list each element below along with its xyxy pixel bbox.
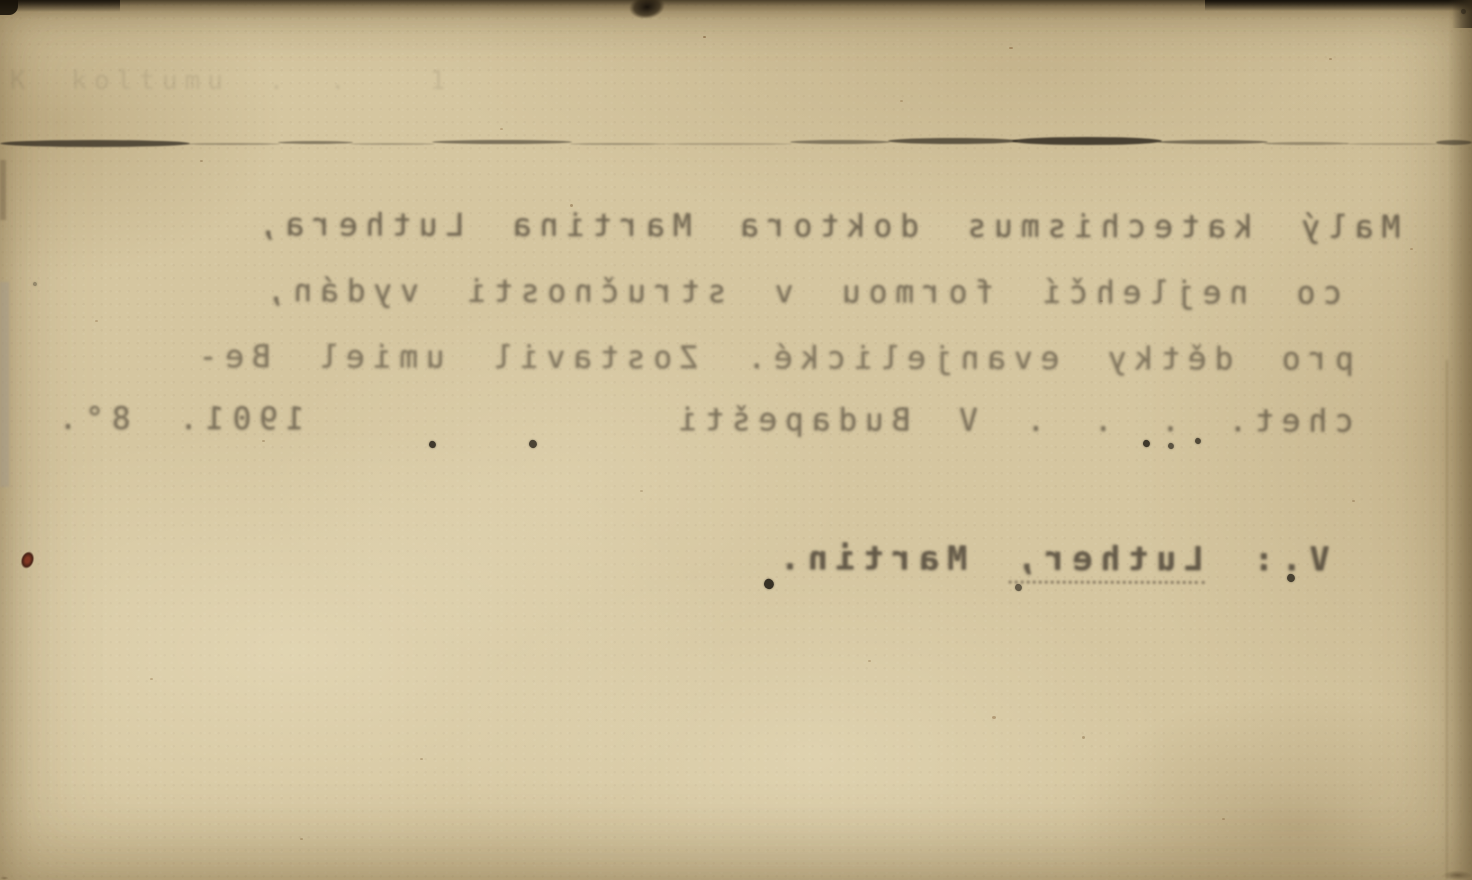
attribution-underlined-name: Luther, [1009,539,1204,584]
bleed-line-2: co nejlehčí formou v stručnosti vydán, [259,273,1342,311]
bleed-line-3: pro dětky evanjelické. Zostavil umiel Be… [191,339,1354,377]
attribution-prefix: V.: [1204,539,1330,578]
scanned-card-verso: K koltumu . . 1 Malý katechismus doktora… [0,0,1472,880]
attribution-rest: Martin. [772,538,1009,577]
attribution-line: V.: Luther, Martin. [772,538,1330,578]
bleed-through-text-block: Malý katechismus doktora Martina Luthera… [0,0,1472,880]
bleed-line-4: chet. . . . V Budapešti 1901. 8°. [51,401,1354,440]
bleed-line-1: Malý katechismus doktora Martina Luthera… [251,207,1400,245]
